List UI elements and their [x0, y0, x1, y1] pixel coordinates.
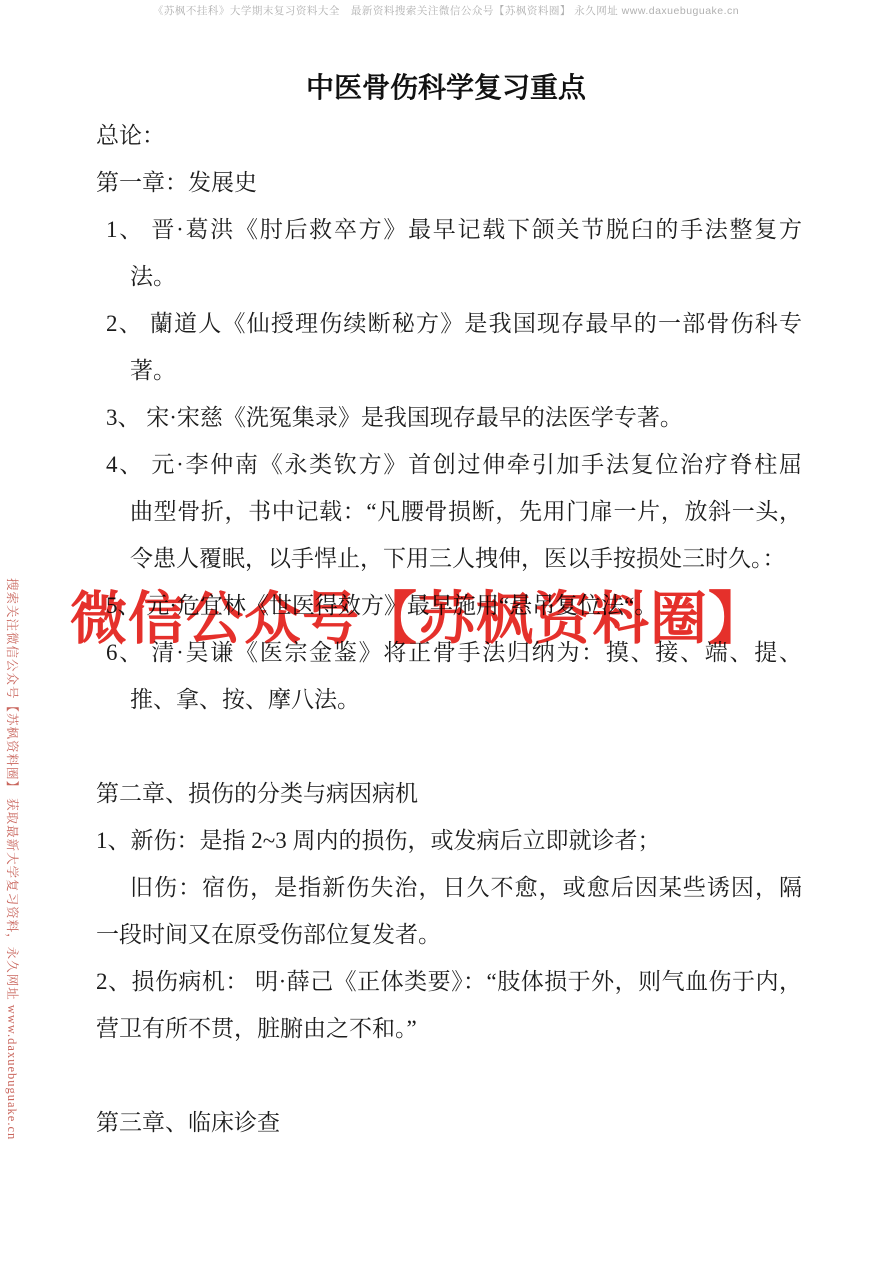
text-line: 1、 晋·葛洪《肘后救卒方》最早记载下颌关节脱臼的手法整复方: [96, 206, 802, 253]
text-line: 2、损伤病机： 明·薛己《正体类要》：“肢体损于外，则气血伤于内，: [96, 958, 802, 1005]
document-page: 《苏枫不挂科》大学期末复习资料大全 最新资料搜索关注微信公众号【苏枫资料圈】 永…: [0, 0, 892, 1262]
page-header-note: 《苏枫不挂科》大学期末复习资料大全 最新资料搜索关注微信公众号【苏枫资料圈】 永…: [0, 3, 892, 18]
text-line: 营卫有所不贯，脏腑由之不和。”: [96, 1005, 802, 1052]
text-line: 1、新伤：是指 2~3 周内的损伤，或发病后立即就诊者；: [96, 817, 802, 864]
document-title: 中医骨伤科学复习重点: [0, 66, 892, 106]
text-line: 旧伤：宿伤，是指新伤失治，日久不愈，或愈后因某些诱因，隔: [96, 864, 802, 911]
text-line: 第三章、临床诊查: [96, 1099, 802, 1146]
text-line: 法。: [96, 253, 802, 300]
text-line: 第二章、损伤的分类与病因病机: [96, 770, 802, 817]
text-line: 推、拿、按、摩八法。: [96, 676, 802, 723]
text-line: 5、 元·危宜林《世医得效方》最早施用“悬吊复位法“。: [96, 582, 802, 629]
document-body: 总论：第一章：发展史1、 晋·葛洪《肘后救卒方》最早记载下颌关节脱臼的手法整复方…: [96, 112, 802, 1146]
text-line: 著。: [96, 347, 802, 394]
text-line: 一段时间又在原受伤部位复发者。: [96, 911, 802, 958]
text-line: 3、 宋·宋慈《洗冤集录》是我国现存最早的法医学专著。: [96, 394, 802, 441]
text-line: 令患人覆眠，以手悍止，下用三人拽伸，医以手按损处三时久。：: [96, 535, 802, 582]
text-line: 总论：: [96, 112, 802, 159]
text-line: 4、 元·李仲南《永类钦方》首创过伸牵引加手法复位治疗脊柱屈: [96, 441, 802, 488]
text-line: 第一章：发展史: [96, 159, 802, 206]
text-line: 2、 蘭道人《仙授理伤续断秘方》是我国现存最早的一部骨伤科专: [96, 300, 802, 347]
side-watermark: 搜索关注微信公众号【苏枫资料圈】 获取最新大学复习资料，永久网址 www.dax…: [2, 578, 22, 1048]
text-line: 6、 清·吴谦《医宗金鉴》将正骨手法归纳为：摸、接、端、提、: [96, 629, 802, 676]
text-line: [96, 723, 802, 770]
text-line: 曲型骨折，书中记载：“凡腰骨损断，先用门扉一片，放斜一头，: [96, 488, 802, 535]
text-line: [96, 1052, 802, 1099]
